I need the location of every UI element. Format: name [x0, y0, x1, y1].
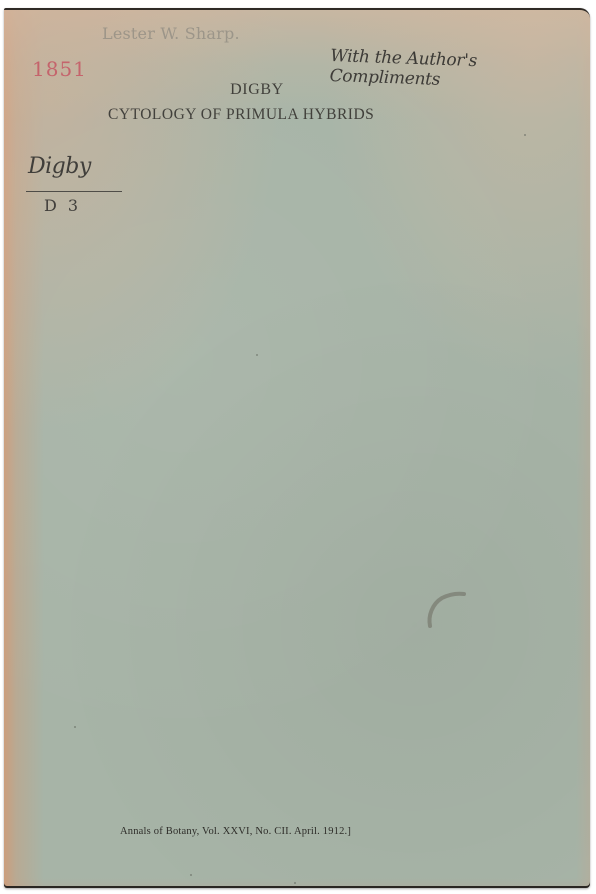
- paper-speck: [256, 354, 258, 356]
- paper-speck: [190, 874, 192, 876]
- paper-speck: [294, 882, 296, 884]
- ink-stain-mark: [424, 586, 468, 632]
- paper-speck: [74, 726, 76, 728]
- paper-speck: [524, 134, 526, 136]
- journal-citation: Annals of Botany, Vol. XXVI, No. CII. Ap…: [120, 826, 351, 837]
- document-title: CYTOLOGY OF PRIMULA HYBRIDS: [108, 106, 374, 124]
- page: Lester W. Sharp. 1851 With the Author's …: [0, 0, 596, 894]
- accession-number-stamp: 1851: [32, 57, 87, 81]
- handwritten-shelf-mark: D 3: [44, 196, 81, 215]
- author-heading: DIGBY: [4, 81, 510, 99]
- owner-name-stamp: Lester W. Sharp.: [102, 24, 240, 43]
- underline-rule: [26, 191, 122, 192]
- offprint-cover: Lester W. Sharp. 1851 With the Author's …: [4, 8, 590, 888]
- handwritten-author-note: Digby: [28, 154, 91, 179]
